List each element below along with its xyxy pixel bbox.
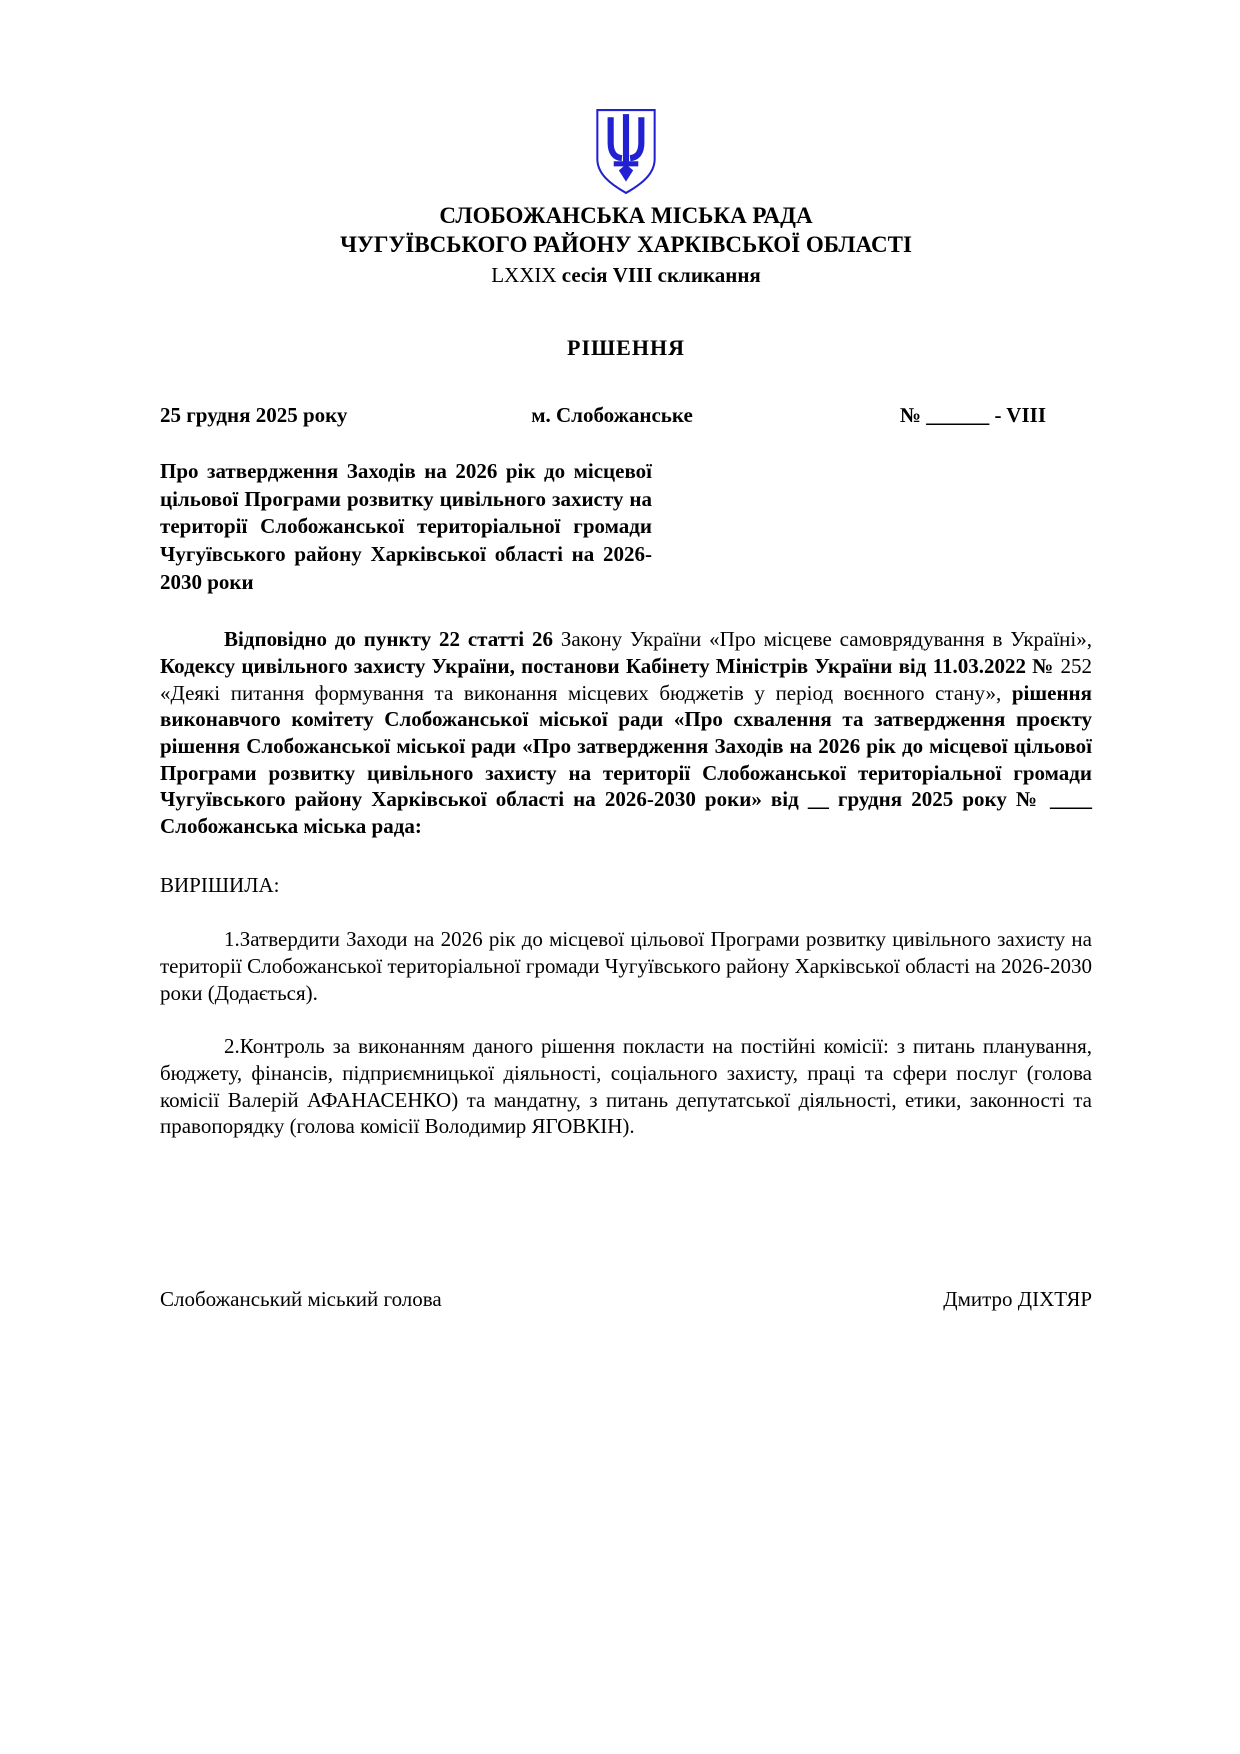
session-line: LXXIX сесія VIII скликання (160, 262, 1092, 289)
ukraine-trident-emblem (595, 108, 657, 196)
document-date: 25 грудня 2025 року (160, 403, 545, 428)
document-content: СЛОБОЖАНСЬКА МІСЬКА РАДА ЧУГУЇВСЬКОГО РА… (160, 0, 1092, 1313)
session-convocation: сесія VIII скликання (562, 263, 761, 287)
resolved-label: ВИРІШИЛА: (160, 872, 1092, 899)
document-page: СЛОБОЖАНСЬКА МІСЬКА РАДА ЧУГУЇВСЬКОГО РА… (0, 0, 1240, 1754)
meta-row: 25 грудня 2025 року м. Слобожанське № __… (160, 403, 1092, 428)
document-number: № ______ - VIII (707, 403, 1092, 428)
resolution-item-2: 2.Контроль за виконанням даного рішення … (160, 1033, 1092, 1140)
subject-paragraph: Про затвердження Заходів на 2026 рік до … (160, 458, 652, 597)
preamble-paragraph: Відповідно до пункту 22 статті 26 Закону… (160, 626, 1092, 839)
council-name: СЛОБОЖАНСЬКА МІСЬКА РАДА (160, 202, 1092, 231)
document-header: СЛОБОЖАНСЬКА МІСЬКА РАДА ЧУГУЇВСЬКОГО РА… (160, 0, 1092, 289)
document-place: м. Слобожанське (531, 403, 693, 428)
signatory-title: Слобожанський міський голова (160, 1286, 442, 1313)
resolution-item-1: 1.Затвердити Заходи на 2026 рік до місце… (160, 926, 1092, 1006)
signature-row: Слобожанський міський голова Дмитро ДІХТ… (160, 1286, 1092, 1313)
session-number: LXXIX (491, 263, 562, 287)
district-name: ЧУГУЇВСЬКОГО РАЙОНУ ХАРКІВСЬКОЇ ОБЛАСТІ (160, 231, 1092, 260)
signatory-name: Дмитро ДІХТЯР (943, 1286, 1092, 1313)
document-type-title: РІШЕННЯ (160, 335, 1092, 361)
